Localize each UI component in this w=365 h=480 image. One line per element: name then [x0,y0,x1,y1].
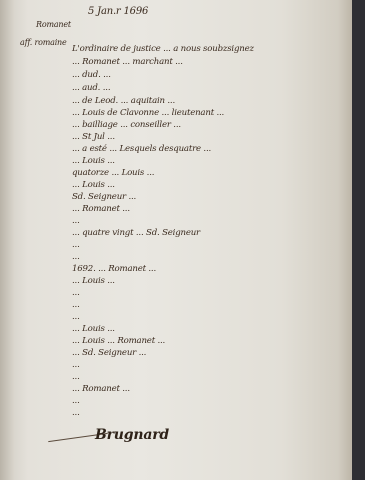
text-line: ... [72,288,80,298]
text-line: ... Louis ... [72,180,115,190]
text-line: ... [72,312,80,322]
text-line: ... Romanet ... [72,384,130,394]
text-line: ... [72,216,80,226]
text-line: ... [72,300,80,310]
margin-note: Romanet [36,20,71,29]
text-line: ... dud. ... [72,70,111,80]
text-line: ... bailliage ... conseiller ... [72,120,181,130]
text-line: ... Romanet ... marchant ... [72,57,183,67]
signature: Brugnard [95,427,169,443]
text-line: ... quatre vingt ... Sd. Seigneur [72,228,200,238]
header-date: 5 Jan.r 1696 [88,6,148,17]
text-line: ... Louis ... [72,276,115,286]
text-line: ... [72,360,80,370]
text-line: ... [72,408,80,418]
text-line: quatorze ... Louis ... [72,168,154,178]
margin-note: aff. romaine [20,38,67,47]
text-line: ... [72,396,80,406]
text-line: ... a esté ... Lesquels desquatre ... [72,144,211,154]
text-line: 1692. ... Romanet ... [72,264,156,274]
text-line: ... de Leod. ... aquitain ... [72,96,175,106]
text-line: ... Louis ... Romanet ... [72,336,165,346]
text-line: ... St Jul ... [72,132,115,142]
text-line: ... Sd. Seigneur ... [72,348,146,358]
text-line: ... [72,252,80,262]
manuscript-page: 5 Jan.r 1696 Romanet aff. romaine L'ordi… [0,0,354,480]
text-line: ... Romanet ... [72,204,130,214]
text-line: Sd. Seigneur ... [72,192,136,202]
text-line: ... Louis ... [72,324,115,334]
text-line: ... Louis ... [72,156,115,166]
text-line: ... [72,240,80,250]
text-line: ... [72,372,80,382]
text-line: L'ordinaire de justice ... a nous soubzs… [72,44,254,54]
text-line: ... Louis de Clavonne ... lieutenant ... [72,108,224,118]
text-line: ... aud. ... [72,83,110,93]
scan-background [352,0,365,480]
